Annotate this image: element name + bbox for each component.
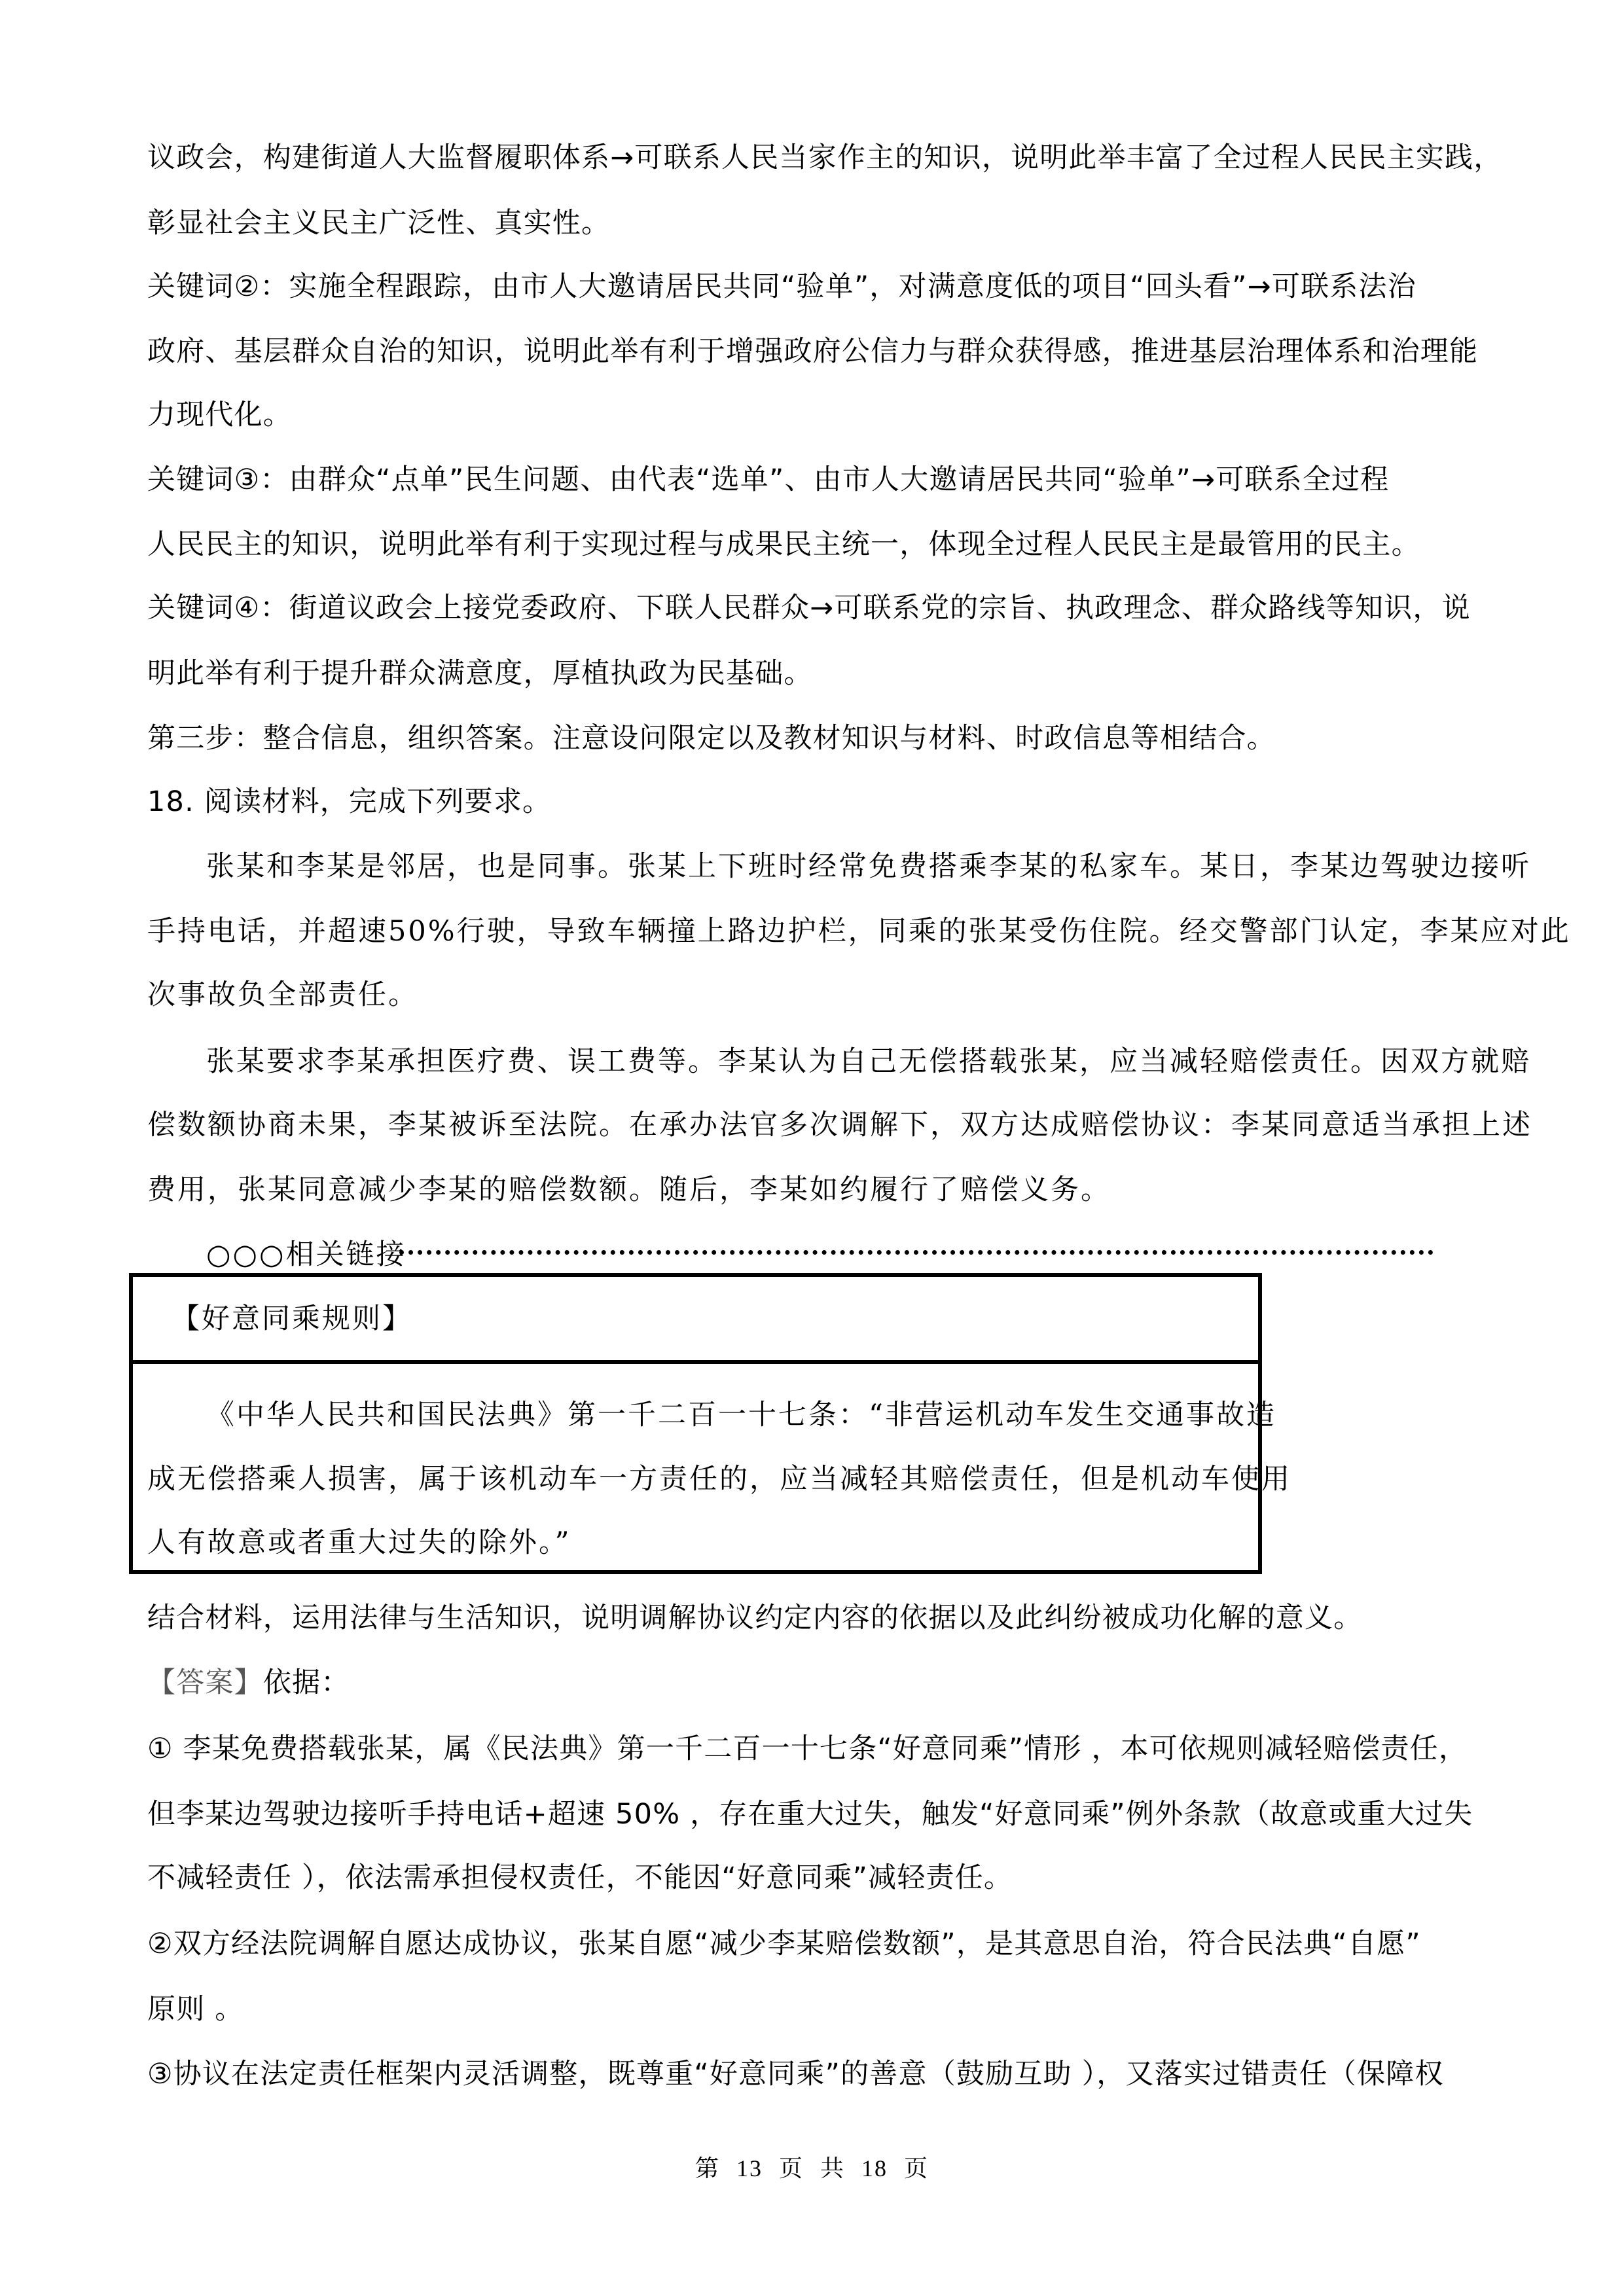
rule-box-body-line: 成无偿搭乘人损害，属于该机动车一方责任的，应当减轻其赔偿责任，但是机动车使用 bbox=[147, 1460, 1291, 1499]
answer-line: ① 李某免费搭载张某，属《民法典》第一千二百一十七条“好意同乘”情形 ，本可依规… bbox=[147, 1729, 1468, 1768]
analysis-line: 力现代化。 bbox=[147, 395, 292, 435]
material-line: 张某和李某是邻居，也是同事。张某上下班时经常免费搭乘李某的私家车。某日，李某边驾… bbox=[206, 847, 1531, 886]
material-line: 张某要求李某承担医疗费、误工费等。李某认为自己无偿搭载张某，应当减轻赔偿责任。因… bbox=[206, 1042, 1531, 1081]
rule-box-body-line: 《中华人民共和国民法典》第一千二百一十七条：“非营运机动车发生交通事故造 bbox=[206, 1395, 1276, 1435]
rule-box-divider bbox=[133, 1360, 1258, 1364]
answer-line: 不减轻责任 ），依法需承担侵权责任，不能因“好意同乘”减轻责任。 bbox=[147, 1858, 1013, 1897]
answer-line: ③协议在法定责任框架内灵活调整，既尊重“好意同乘”的善意（鼓励互助 ），又落实过… bbox=[147, 2054, 1444, 2094]
analysis-line: 政府、基层群众自治的知识，说明此举有利于增强政府公信力与群众获得感，推进基层治理… bbox=[147, 332, 1478, 371]
dotted-leader bbox=[399, 1250, 1434, 1255]
keyword-4-line: 关键词④：街道议政会上接党委政府、下联人民群众→可联系党的宗旨、执政理念、群众路… bbox=[147, 588, 1471, 628]
question-prompt: 结合材料，运用法律与生活知识，说明调解协议约定内容的依据以及此纠纷被成功化解的意… bbox=[147, 1598, 1362, 1638]
keyword-2-line: 关键词②：实施全程跟踪，由市人大邀请居民共同“验单”，对满意度低的项目“回头看”… bbox=[147, 267, 1416, 306]
answer-lead: 依据： bbox=[263, 1666, 350, 1699]
analysis-line: 议政会，构建街道人大监督履职体系→可联系人民当家作主的知识，说明此举丰富了全过程… bbox=[147, 138, 1502, 177]
answer-label: 【答案】 bbox=[147, 1666, 263, 1699]
related-link-label: ○○○相关链接 bbox=[206, 1235, 406, 1274]
rule-box-title: 【好意同乘规则】 bbox=[171, 1299, 412, 1338]
answer-line: 但李某边驾驶边接听手持电话+超速 50% ，存在重大过失，触发“好意同乘”例外条… bbox=[147, 1795, 1473, 1834]
material-line: 次事故负全部责任。 bbox=[147, 975, 418, 1014]
analysis-line: 人民民主的知识，说明此举有利于实现过程与成果民主统一，体现全过程人民民主是最管用… bbox=[147, 525, 1420, 564]
analysis-line: 明此举有利于提升群众满意度，厚植执政为民基础。 bbox=[147, 654, 813, 693]
answer-header: 【答案】依据： bbox=[147, 1663, 350, 1702]
keyword-3-line: 关键词③：由群众“点单”民生问题、由代表“选单”、由市人大邀请居民共同“验单”→… bbox=[147, 460, 1389, 499]
analysis-line: 彰显社会主义民主广泛性、真实性。 bbox=[147, 204, 610, 243]
question-18-title: 18. 阅读材料，完成下列要求。 bbox=[147, 782, 551, 821]
page-number-footer: 第 13 页 共 18 页 bbox=[0, 2150, 1624, 2183]
answer-line: ②双方经法院调解自愿达成协议，张某自愿“减少李某赔偿数额”，是其意思自治，符合民… bbox=[147, 1924, 1421, 1964]
material-line: 费用，张某同意减少李某的赔偿数额。随后，李某如约履行了赔偿义务。 bbox=[147, 1170, 1111, 1210]
step-three-line: 第三步：整合信息，组织答案。注意设问限定以及教材知识与材料、时政信息等相结合。 bbox=[147, 719, 1276, 758]
material-line: 偿数额协商未果，李某被诉至法院。在承办法官多次调解下，双方达成赔偿协议：李某同意… bbox=[147, 1105, 1532, 1145]
rule-box-body-line: 人有故意或者重大过失的除外。” bbox=[147, 1523, 571, 1562]
material-line: 手持电话，并超速50%行驶，导致车辆撞上路边护栏，同乘的张某受伤住院。经交警部门… bbox=[147, 912, 1571, 951]
answer-line: 原则 。 bbox=[147, 1990, 244, 2029]
